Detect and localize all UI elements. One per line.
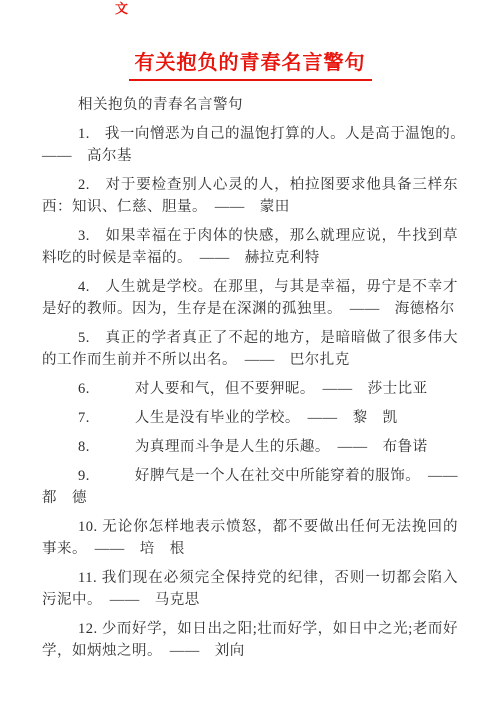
quote-item: 9. 好脾气是一个人在社交中所能穿着的服饰。 —— 都 德 — [42, 465, 458, 509]
red-logo-icon: 文 — [115, 2, 128, 16]
quote-item: 11. 我们现在必须完全保持党的纪律，否则一切都会陷入污泥中。 —— 马克思 — [42, 567, 458, 611]
quote-item: 4. 人生就是学校。在那里，与其是幸福，毋宁是不幸才是好的教师。因为，生存是在深… — [42, 276, 458, 320]
quote-item: 8. 为真理而斗争是人生的乐趣。 —— 布鲁诺 — [42, 436, 458, 458]
quote-item: 1. 我一向憎恶为自己的温饱打算的人。人是高于温饱的。 —— 高尔基 — [42, 123, 458, 167]
page-title: 有关抱负的青春名言警句 — [0, 0, 500, 81]
quote-item: 12. 少而好学，如日出之阳;壮而好学，如日中之光;老而好学，如炳烛之明。 ——… — [42, 618, 458, 662]
quote-item: 10. 无论你怎样地表示愤怒，都不要做出任何无法挽回的事来。 —— 培 根 — [42, 516, 458, 560]
quote-item: 7. 人生是没有毕业的学校。 —— 黎 凯 — [42, 407, 458, 429]
quote-item: 5. 真正的学者真正了不起的地方，是暗暗做了很多伟大的工作而生前并不所以出名。 … — [42, 327, 458, 371]
quote-item: 6. 对人要和气，但不要狎昵。 —— 莎士比亚 — [42, 378, 458, 400]
quote-item: 2. 对于要检查别人心灵的人，柏拉图要求他具备三样东西：知识、仁慈、胆量。 ——… — [42, 174, 458, 218]
subtitle: 相关抱负的青春名言警句 — [42, 94, 458, 116]
document-page: 文 有关抱负的青春名言警句 相关抱负的青春名言警句 1. 我一向憎恶为自己的温饱… — [0, 0, 500, 707]
document-body: 相关抱负的青春名言警句 1. 我一向憎恶为自己的温饱打算的人。人是高于温饱的。 … — [0, 94, 500, 662]
quote-item: 3. 如果幸福在于肉体的快感，那么就理应说，牛找到草料吃的时候是幸福的。 —— … — [42, 225, 458, 269]
page-title-text: 有关抱负的青春名言警句 — [129, 50, 372, 81]
